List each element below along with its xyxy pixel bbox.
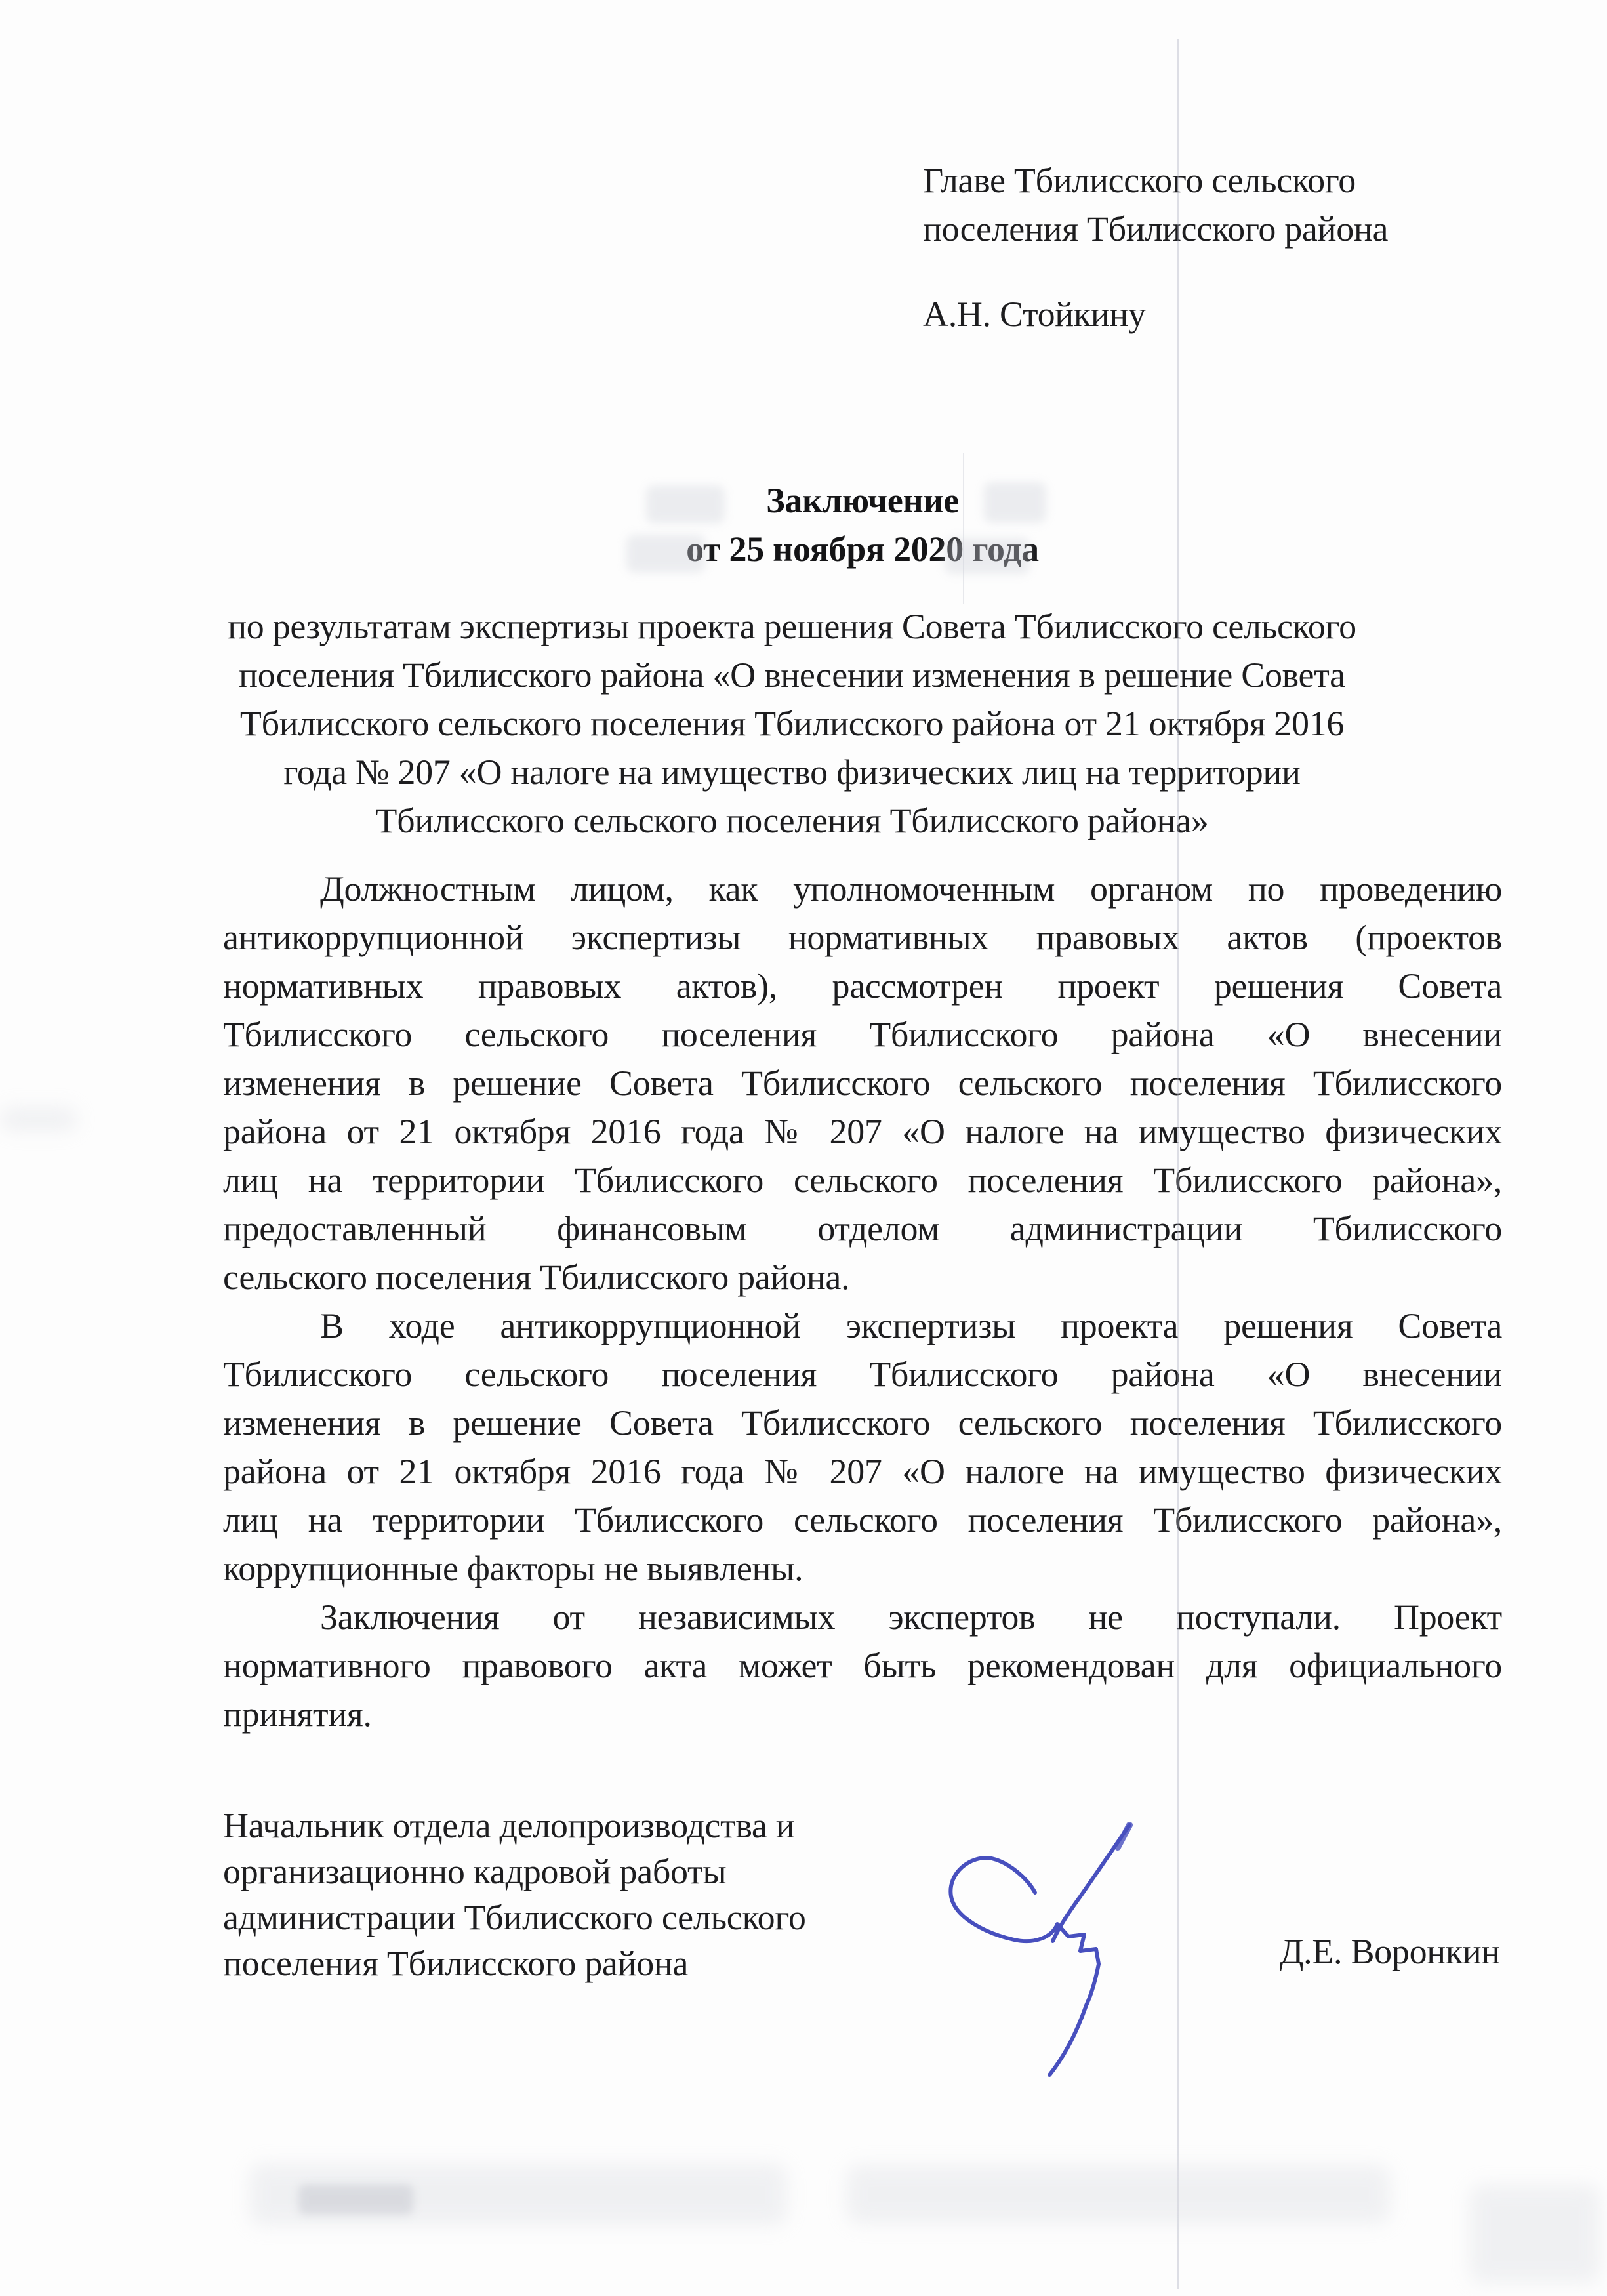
document-subject: по результатам экспертизы проекта решени…	[216, 602, 1368, 845]
signer-position-line: Начальник отдела делопроизводства и	[223, 1803, 918, 1849]
scan-artifact	[1469, 2184, 1600, 2283]
body-paragraph-2: В ходе антикоррупционной экспертизы прое…	[223, 1302, 1502, 1593]
body-line: коррупционные факторы не выявлены.	[223, 1544, 1502, 1593]
scan-artifact	[298, 2184, 413, 2215]
addressee-line: Главе Тбилисского сельского	[923, 156, 1513, 205]
body-line: принятия.	[223, 1690, 1502, 1738]
body-line: Должностным лицом, как уполномоченным ор…	[223, 865, 1502, 913]
signer-position-line: поселения Тбилисского района	[223, 1940, 918, 1986]
body-line: изменения в решение Совета Тбилисского с…	[223, 1059, 1502, 1107]
subject-line: года № 207 «О налоге на имущество физиче…	[216, 748, 1368, 796]
scan-artifact	[0, 1107, 77, 1131]
document-body: Должностным лицом, как уполномоченным ор…	[223, 865, 1502, 1738]
title-line-1: Заключение	[223, 476, 1502, 525]
document-title: Заключение от 25 ноября 2020 года	[223, 476, 1502, 573]
subject-line: по результатам экспертизы проекта решени…	[216, 602, 1368, 651]
body-line: лиц на территории Тбилисского сельского …	[223, 1496, 1502, 1544]
body-line: Заключения от независимых экспертов не п…	[223, 1593, 1502, 1641]
addressee-line: поселения Тбилисского района	[923, 205, 1513, 253]
body-line: изменения в решение Совета Тбилисского с…	[223, 1399, 1502, 1447]
subject-line: Тбилисского сельского поселения Тбилисск…	[216, 796, 1368, 845]
body-line: В ходе антикоррупционной экспертизы прое…	[223, 1302, 1502, 1350]
body-paragraph-1: Должностным лицом, как уполномоченным ор…	[223, 865, 1502, 1302]
body-line: антикоррупционной экспертизы нормативных…	[223, 913, 1502, 962]
body-line: предоставленный финансовым отделом админ…	[223, 1204, 1502, 1253]
handwritten-signature-ink	[931, 1807, 1148, 2083]
addressee-name-text: А.Н. Стойкину	[923, 290, 1513, 338]
body-paragraph-3: Заключения от независимых экспертов не п…	[223, 1593, 1502, 1738]
signer-name: Д.Е. Воронкин	[1280, 1929, 1500, 1975]
subject-line: Тбилисского сельского поселения Тбилисск…	[216, 699, 1368, 748]
addressee-block: Главе Тбилисского сельскогопоселения Тби…	[923, 156, 1513, 253]
scan-artifact	[846, 2165, 1391, 2224]
addressee-name: А.Н. Стойкину	[923, 290, 1513, 338]
body-line: района от 21 октября 2016 года № 207 «О …	[223, 1447, 1502, 1496]
signer-position-line: организационно кадровой работы	[223, 1849, 918, 1895]
body-line: нормативных правовых актов), рассмотрен …	[223, 962, 1502, 1010]
body-line: Тбилисского сельского поселения Тбилисск…	[223, 1350, 1502, 1399]
body-line: сельского поселения Тбилисского района.	[223, 1253, 1502, 1302]
scan-artifact	[249, 2163, 787, 2226]
subject-line: поселения Тбилисского района «О внесении…	[216, 651, 1368, 699]
title-line-2: от 25 ноября 2020 года	[223, 525, 1502, 573]
body-line: Тбилисского сельского поселения Тбилисск…	[223, 1010, 1502, 1059]
body-line: района от 21 октября 2016 года № 207 «О …	[223, 1107, 1502, 1156]
scanned-document-page: Главе Тбилисского сельскогопоселения Тби…	[0, 0, 1607, 2296]
body-line: лиц на территории Тбилисского сельского …	[223, 1156, 1502, 1204]
signer-position: Начальник отдела делопроизводства иорган…	[223, 1803, 918, 1986]
body-line: нормативного правового акта может быть р…	[223, 1641, 1502, 1690]
signer-position-line: администрации Тбилисского сельского	[223, 1895, 918, 1940]
